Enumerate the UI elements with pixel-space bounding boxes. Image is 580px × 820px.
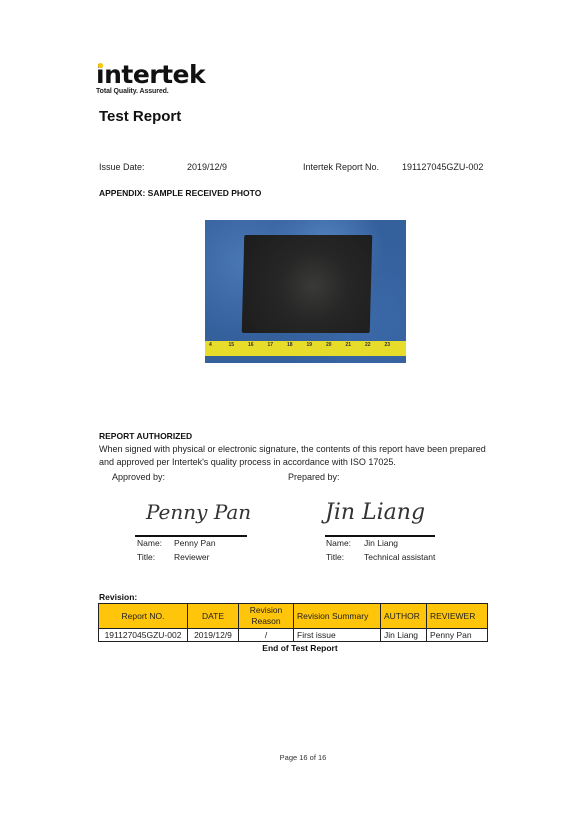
appendix-heading: APPENDIX: SAMPLE RECEIVED PHOTO [99,188,261,198]
intertek-logo: intertek Total Quality. Assured. [96,62,205,95]
table-row: 191127045GZU-002 2019/12/9 / First issue… [99,629,488,642]
report-no-value: 191127045GZU-002 [402,162,483,172]
cell-report-no: 191127045GZU-002 [99,629,188,642]
preparer-name-label: Name: [326,538,351,548]
preparer-title-label: Title: [326,552,344,562]
approver-signature: Penny Pan [146,500,251,524]
tape-mark: 22 [365,342,371,348]
tape-mark: 4 [209,342,212,348]
tape-mark: 16 [248,342,254,348]
approver-signature-line [135,535,247,537]
page-number: Page 16 of 16 [0,753,580,762]
tape-mark: 18 [287,342,293,348]
issue-date-value: 2019/12/9 [187,162,227,172]
tape-mark: 19 [307,342,313,348]
approved-by-label: Approved by: [112,472,165,482]
cell-revision-summary: First issue [294,629,381,642]
tape-mark: 23 [385,342,391,348]
logo-accent-dot [98,63,103,68]
col-revision-summary: Revision Summary [294,604,381,629]
preparer-name: Jin Liang [364,538,398,548]
photo-sample-plate [242,235,373,333]
end-of-report: End of Test Report [0,643,580,653]
preparer-signature-line [325,535,435,537]
approver-title-label: Title: [137,552,155,562]
page-title: Test Report [99,108,181,125]
revision-table: Report NO. DATE Revision Reason Revision… [98,603,488,642]
revision-table-header: Report NO. DATE Revision Reason Revision… [99,604,488,629]
col-reviewer: REVIEWER [427,604,488,629]
photo-measuring-tape: 4151617181920212223 [205,341,406,356]
preparer-signature: Jin Liang [325,500,425,525]
tape-mark: 20 [326,342,332,348]
sample-photo: 4151617181920212223 [205,220,406,363]
cell-author: Jin Liang [381,629,427,642]
issue-date-label: Issue Date: [99,162,145,172]
logo-wordmark: intertek [96,62,205,88]
approver-title: Reviewer [174,552,209,562]
tape-mark: 17 [268,342,274,348]
approver-name: Penny Pan [174,538,216,548]
revision-heading: Revision: [99,592,137,602]
report-no-label: Intertek Report No. [303,162,379,172]
col-report-no: Report NO. [99,604,188,629]
cell-revision-reason: / [239,629,294,642]
cell-date: 2019/12/9 [188,629,239,642]
tape-mark: 21 [346,342,352,348]
tape-mark: 15 [229,342,235,348]
col-author: AUTHOR [381,604,427,629]
col-revision-reason: Revision Reason [239,604,294,629]
logo-tagline: Total Quality. Assured. [96,88,205,95]
preparer-title: Technical assistant [364,552,435,562]
authorized-heading: REPORT AUTHORIZED [99,431,192,441]
col-date: DATE [188,604,239,629]
prepared-by-label: Prepared by: [288,472,340,482]
approver-name-label: Name: [137,538,162,548]
authorized-text: When signed with physical or electronic … [99,443,499,469]
cell-reviewer: Penny Pan [427,629,488,642]
